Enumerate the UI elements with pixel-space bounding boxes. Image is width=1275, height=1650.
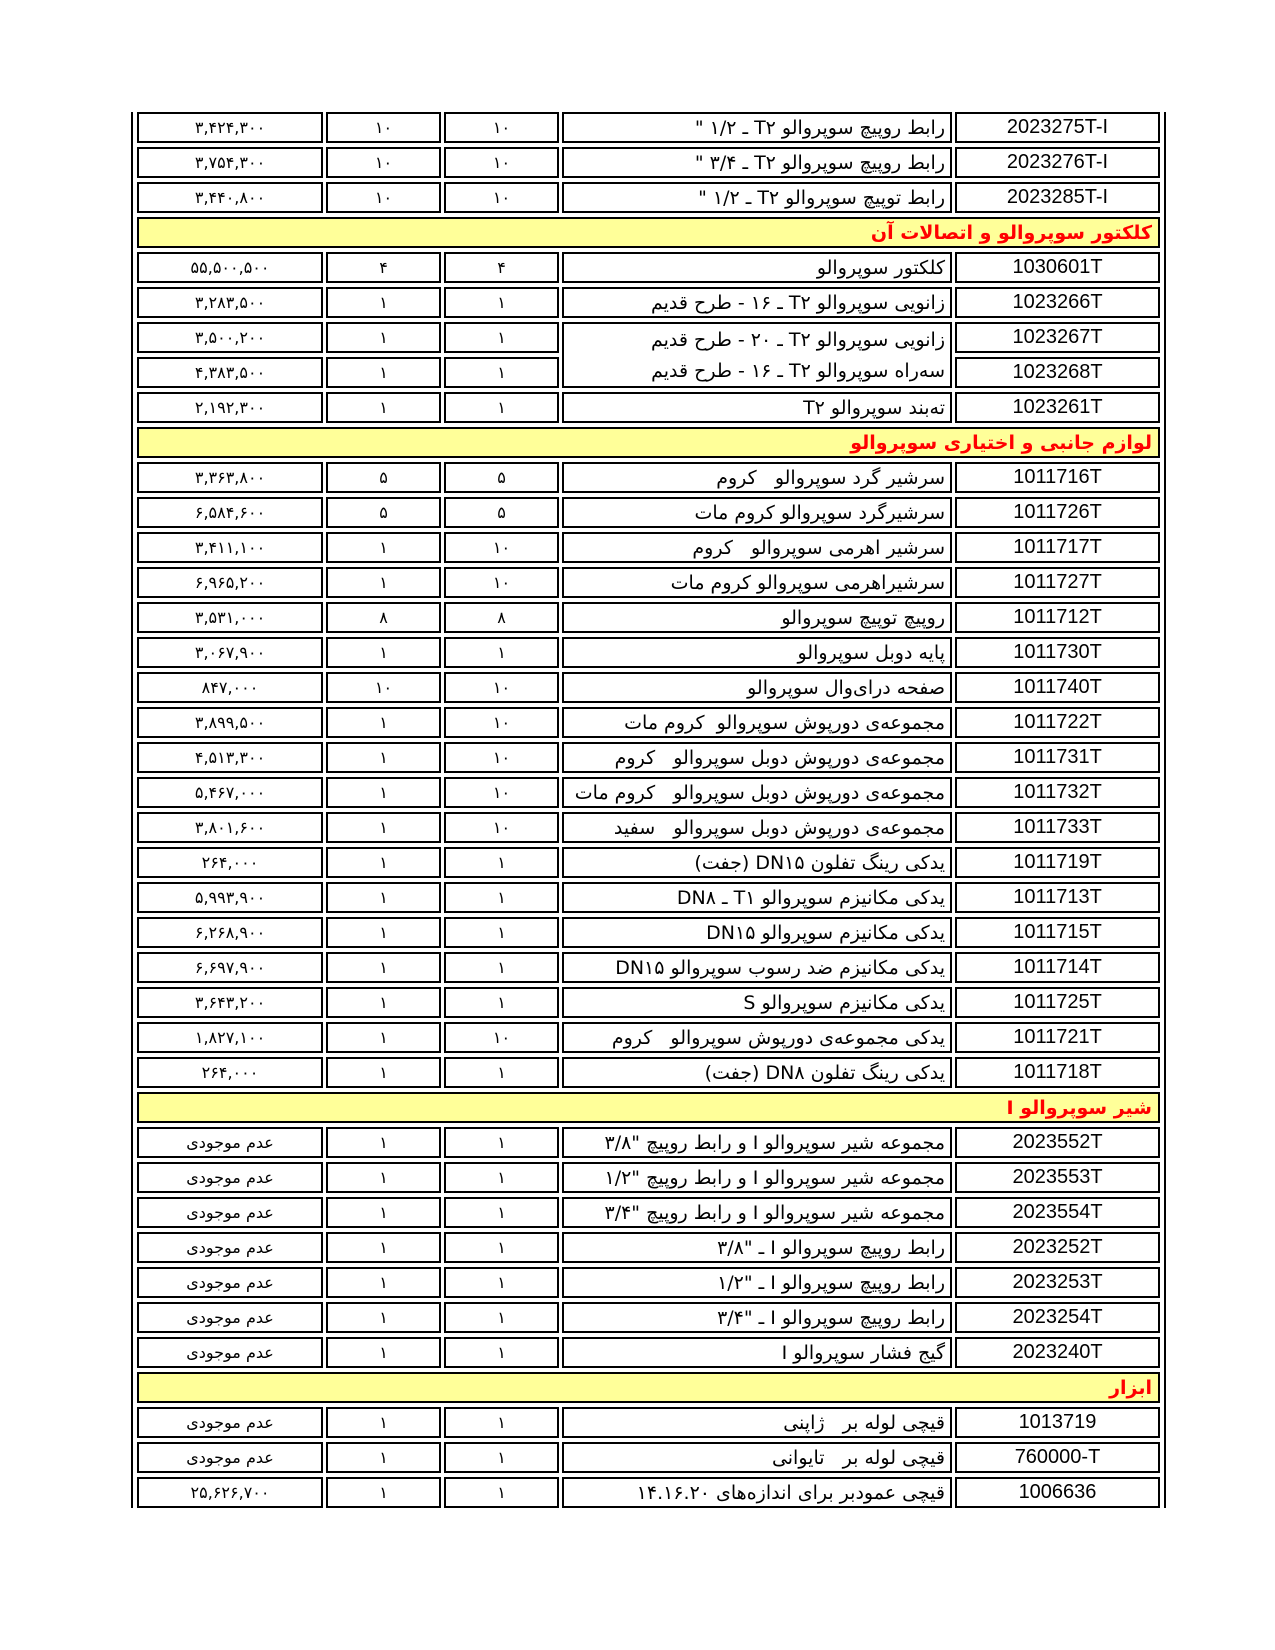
price-cell: ۵۵,۵۰۰,۵۰۰ [137, 252, 323, 283]
qty-inner-cell: ۱ [444, 847, 559, 878]
product-row: 2023276T-Iرابط روپیچ سوپروالو T۲ ـ ۳/۴ "… [137, 147, 1160, 178]
qty-inner-cell: ۱ [444, 357, 559, 388]
price-cell: عدم موجودی [137, 1197, 323, 1228]
description-cell: سرشیراهرمی سوپروالو کروم مات [562, 567, 952, 598]
description-cell: یدکی مکانیزم سوپروالو T۱ ـ DN۸ [562, 882, 952, 913]
description-cell: گیج فشار سوپروالو I [562, 1337, 952, 1368]
qty-inner-cell: ۱ [444, 1232, 559, 1263]
qty-outer-cell: ۱ [326, 637, 441, 668]
qty-outer-cell: ۱ [326, 1232, 441, 1263]
qty-outer-cell: ۸ [326, 602, 441, 633]
code-cell: 1011727T [955, 567, 1160, 598]
product-row: 1011718Tیدکی رینگ تفلون DN۸ (جفت)۱۱۲۶۴,۰… [137, 1057, 1160, 1088]
section-header-row: کلکتور سوپروالو و اتصالات آن [137, 217, 1160, 248]
price-cell: ۳,۳۶۳,۸۰۰ [137, 462, 323, 493]
qty-inner-cell: ۱ [444, 287, 559, 318]
qty-outer-cell: ۵ [326, 462, 441, 493]
code-cell: 1011715T [955, 917, 1160, 948]
description-cell: مجموعه شیر سوپروالو I و رابط روپیچ "۳/۸ [562, 1127, 952, 1158]
code-cell: 1011730T [955, 637, 1160, 668]
code-cell: 1011740T [955, 672, 1160, 703]
price-cell: ۸۴۷,۰۰۰ [137, 672, 323, 703]
code-cell: 1006636 [955, 1477, 1160, 1508]
description-cell-merged: زانویی سوپروالو T۲ ـ ۲۰ - طرح قدیمسه‌راه… [562, 322, 952, 388]
description-line: زانویی سوپروالو T۲ ـ ۲۰ - طرح قدیم [569, 329, 945, 351]
qty-inner-cell: ۱۰ [444, 567, 559, 598]
code-cell: 1023268T [955, 357, 1160, 388]
qty-outer-cell: ۱ [326, 742, 441, 773]
price-cell: ۳,۷۵۴,۳۰۰ [137, 147, 323, 178]
code-cell: 1011722T [955, 707, 1160, 738]
code-cell: 2023276T-I [955, 147, 1160, 178]
qty-inner-cell: ۱۰ [444, 1022, 559, 1053]
code-cell-stack: 1023267T1023268T [955, 322, 1160, 388]
description-cell: یدکی مکانیزم سوپروالو S [562, 987, 952, 1018]
price-cell: عدم موجودی [137, 1162, 323, 1193]
description-cell: صفحه درای‌وال سوپروالو [562, 672, 952, 703]
qty-outer-cell: ۱ [326, 707, 441, 738]
price-cell: ۲۶۴,۰۰۰ [137, 1057, 323, 1088]
qty-outer-cell: ۱ [326, 532, 441, 563]
qty-outer-cell: ۱ [326, 1162, 441, 1193]
qty-outer-cell: ۱ [326, 917, 441, 948]
qty-outer-cell: ۱ [326, 287, 441, 318]
code-cell: 2023552T [955, 1127, 1160, 1158]
description-cell: رابط روپیچ سوپروالو I ـ "۳/۴ [562, 1302, 952, 1333]
product-row: 1011727Tسرشیراهرمی سوپروالو کروم مات۱۰۱۶… [137, 567, 1160, 598]
product-row: 1011722Tمجموعه‌ی دورپوش سوپروالو کروم ما… [137, 707, 1160, 738]
description-cell: کلکتور سوپروالو [562, 252, 952, 283]
description-cell: رابط روپیچ سوپروالو I ـ "۱/۲ [562, 1267, 952, 1298]
qty-inner-cell: ۱ [444, 1302, 559, 1333]
code-cell: 1023266T [955, 287, 1160, 318]
qty-inner-cell: ۱ [444, 952, 559, 983]
qty-inner-cell: ۱ [444, 1057, 559, 1088]
price-cell: ۳,۰۶۷,۹۰۰ [137, 637, 323, 668]
code-cell: 2023554T [955, 1197, 1160, 1228]
price-cell: ۲۵,۶۲۶,۷۰۰ [137, 1477, 323, 1508]
price-cell: عدم موجودی [137, 1337, 323, 1368]
product-row: 1011716Tسرشیر گرد سوپروالو کروم۵۵۳,۳۶۳,۸… [137, 462, 1160, 493]
description-cell: روپیچ توپیچ سوپروالو [562, 602, 952, 633]
qty-inner-cell: ۱ [444, 917, 559, 948]
product-row: 1011717Tسرشیر اهرمی سوپروالو کروم۱۰۱۳,۴۱… [137, 532, 1160, 563]
section-header-row: لوازم جانبی و اختیاری سوپروالو [137, 427, 1160, 458]
qty-inner-cell: ۱ [444, 637, 559, 668]
price-cell: ۳,۲۸۳,۵۰۰ [137, 287, 323, 318]
price-cell: ۳,۴۲۴,۳۰۰ [137, 112, 323, 143]
qty-outer-cell: ۱۰ [326, 112, 441, 143]
price-cell: ۵,۹۹۳,۹۰۰ [137, 882, 323, 913]
qty-outer-cell: ۱ [326, 847, 441, 878]
description-cell: قیچی لوله بر ژاپنی [562, 1407, 952, 1438]
code-cell: 1011725T [955, 987, 1160, 1018]
qty-inner-cell: ۱۰ [444, 147, 559, 178]
description-cell: سرشیر گرد سوپروالو کروم [562, 462, 952, 493]
code-cell: 2023254T [955, 1302, 1160, 1333]
product-row: 1011731Tمجموعه‌ی دورپوش دوبل سوپروالو کر… [137, 742, 1160, 773]
product-row: 1011726Tسرشیرگرد سوپروالو کروم مات۵۵۶,۵۸… [137, 497, 1160, 528]
product-row: 2023252Tرابط روپیچ سوپروالو I ـ "۳/۸۱۱عد… [137, 1232, 1160, 1263]
qty-outer-cell: ۱ [326, 1127, 441, 1158]
product-row: 1011714Tیدکی مکانیزم ضد رسوب سوپروالو DN… [137, 952, 1160, 983]
product-row: 760000-Tقیچی لوله بر تایوانی۱۱عدم موجودی [137, 1442, 1160, 1473]
table-outer-right-border [1164, 112, 1166, 1508]
product-row: 1011733Tمجموعه‌ی دورپوش دوبل سوپروالو سف… [137, 812, 1160, 843]
qty-inner-cell: ۱ [444, 392, 559, 423]
price-cell: ۴,۳۸۳,۵۰۰ [137, 357, 323, 388]
qty-inner-cell: ۱ [444, 1197, 559, 1228]
code-cell: 2023285T-I [955, 182, 1160, 213]
qty-outer-cell: ۱ [326, 1477, 441, 1508]
product-row: 2023554Tمجموعه شیر سوپروالو I و رابط روپ… [137, 1197, 1160, 1228]
description-cell: مجموعه‌ی دورپوش سوپروالو کروم مات [562, 707, 952, 738]
qty-outer-cell: ۱ [326, 1057, 441, 1088]
qty-outer-cell: ۱ [326, 1407, 441, 1438]
qty-inner-cell: ۱ [444, 987, 559, 1018]
qty-outer-cell: ۱ [326, 1302, 441, 1333]
product-row: 2023275T-Iرابط روپیچ سوپروالو T۲ ـ ۱/۲ "… [137, 112, 1160, 143]
price-cell-stack: ۳,۵۰۰,۲۰۰۴,۳۸۳,۵۰۰ [137, 322, 323, 388]
description-cell: رابط روپیچ سوپروالو T۲ ـ ۱/۲ " [562, 112, 952, 143]
description-cell: مجموعه‌ی دورپوش دوبل سوپروالو کروم مات [562, 777, 952, 808]
description-line: سه‌راه سوپروالو T۲ ـ ۱۶ - طرح قدیم [569, 360, 945, 382]
code-cell: 760000-T [955, 1442, 1160, 1473]
product-row: 2023552Tمجموعه شیر سوپروالو I و رابط روپ… [137, 1127, 1160, 1158]
qty-outer-cell-stack: ۱۱ [326, 322, 441, 388]
description-cell: یدکی رینگ تفلون DN۸ (جفت) [562, 1057, 952, 1088]
code-cell: 1023261T [955, 392, 1160, 423]
product-row: 1011732Tمجموعه‌ی دورپوش دوبل سوپروالو کر… [137, 777, 1160, 808]
description-cell: قیچی لوله بر تایوانی [562, 1442, 952, 1473]
qty-outer-cell: ۱ [326, 1337, 441, 1368]
price-cell: ۶,۲۶۸,۹۰۰ [137, 917, 323, 948]
description-cell: ته‌بند سوپروالو T۲ [562, 392, 952, 423]
description-cell: یدکی مکانیزم ضد رسوب سوپروالو DN۱۵ [562, 952, 952, 983]
code-cell: 1011718T [955, 1057, 1160, 1088]
product-row: 1011719Tیدکی رینگ تفلون DN۱۵ (جفت)۱۱۲۶۴,… [137, 847, 1160, 878]
product-row: 1011730Tپایه دوبل سوپروالو۱۱۳,۰۶۷,۹۰۰ [137, 637, 1160, 668]
price-cell: ۳,۴۴۰,۸۰۰ [137, 182, 323, 213]
price-cell: ۳,۴۱۱,۱۰۰ [137, 532, 323, 563]
qty-outer-cell: ۱ [326, 987, 441, 1018]
product-row: 2023553Tمجموعه شیر سوپروالو I و رابط روپ… [137, 1162, 1160, 1193]
qty-outer-cell: ۴ [326, 252, 441, 283]
qty-inner-cell: ۱ [444, 322, 559, 353]
price-cell: عدم موجودی [137, 1302, 323, 1333]
qty-inner-cell: ۱ [444, 1267, 559, 1298]
code-cell: 1013719 [955, 1407, 1160, 1438]
merged-row-pair: 1023267T1023268Tزانویی سوپروالو T۲ ـ ۲۰ … [137, 322, 1160, 388]
price-cell: عدم موجودی [137, 1442, 323, 1473]
product-row: 1011715Tیدکی مکانیزم سوپروالو DN۱۵۱۱۶,۲۶… [137, 917, 1160, 948]
qty-inner-cell: ۵ [444, 462, 559, 493]
description-cell: یدکی مکانیزم سوپروالو DN۱۵ [562, 917, 952, 948]
qty-inner-cell: ۱ [444, 882, 559, 913]
description-cell: مجموعه شیر سوپروالو I و رابط روپیچ "۱/۲ [562, 1162, 952, 1193]
description-cell: رابط روپیچ سوپروالو T۲ ـ ۳/۴ " [562, 147, 952, 178]
qty-inner-cell: ۱۰ [444, 112, 559, 143]
qty-outer-cell: ۱ [326, 952, 441, 983]
code-cell: 2023553T [955, 1162, 1160, 1193]
price-cell: ۳,۵۰۰,۲۰۰ [137, 322, 323, 353]
qty-inner-cell: ۱۰ [444, 742, 559, 773]
code-cell: 1011731T [955, 742, 1160, 773]
price-cell: عدم موجودی [137, 1267, 323, 1298]
qty-outer-cell: ۱ [326, 392, 441, 423]
code-cell: 1023267T [955, 322, 1160, 353]
price-cell: ۳,۶۴۳,۲۰۰ [137, 987, 323, 1018]
price-cell: ۵,۴۶۷,۰۰۰ [137, 777, 323, 808]
qty-outer-cell: ۱ [326, 1022, 441, 1053]
qty-inner-cell: ۴ [444, 252, 559, 283]
qty-outer-cell: ۱ [326, 812, 441, 843]
product-row: 1011725Tیدکی مکانیزم سوپروالو S۱۱۳,۶۴۳,۲… [137, 987, 1160, 1018]
code-cell: 1030601T [955, 252, 1160, 283]
table-rows: 2023275T-Iرابط روپیچ سوپروالو T۲ ـ ۱/۲ "… [137, 112, 1160, 1512]
product-row: 1011740Tصفحه درای‌وال سوپروالو۱۰۱۰۸۴۷,۰۰… [137, 672, 1160, 703]
qty-inner-cell: ۱ [444, 1337, 559, 1368]
code-cell: 1011714T [955, 952, 1160, 983]
qty-outer-cell: ۱ [326, 777, 441, 808]
price-cell: ۲۶۴,۰۰۰ [137, 847, 323, 878]
qty-outer-cell: ۱۰ [326, 672, 441, 703]
qty-inner-cell: ۱۰ [444, 812, 559, 843]
qty-outer-cell: ۱ [326, 567, 441, 598]
product-row: 1030601Tکلکتور سوپروالو۴۴۵۵,۵۰۰,۵۰۰ [137, 252, 1160, 283]
description-cell: مجموعه شیر سوپروالو I و رابط روپیچ "۳/۴ [562, 1197, 952, 1228]
price-cell: ۳,۵۳۱,۰۰۰ [137, 602, 323, 633]
qty-outer-cell: ۱ [326, 322, 441, 353]
price-cell: ۶,۹۶۵,۲۰۰ [137, 567, 323, 598]
qty-inner-cell: ۱۰ [444, 182, 559, 213]
qty-outer-cell: ۱ [326, 1442, 441, 1473]
qty-outer-cell: ۱۰ [326, 182, 441, 213]
code-cell: 1011726T [955, 497, 1160, 528]
price-cell: ۲,۱۹۲,۳۰۰ [137, 392, 323, 423]
product-row: 1023261Tته‌بند سوپروالو T۲۱۱۲,۱۹۲,۳۰۰ [137, 392, 1160, 423]
description-cell: قیچی عمودبر برای اندازه‌های ۱۴.۱۶.۲۰ [562, 1477, 952, 1508]
price-cell: ۶,۵۸۴,۶۰۰ [137, 497, 323, 528]
qty-outer-cell: ۱ [326, 357, 441, 388]
section-header-row: شیر سوپروالو I [137, 1092, 1160, 1123]
price-cell: ۱,۸۲۷,۱۰۰ [137, 1022, 323, 1053]
price-cell: عدم موجودی [137, 1232, 323, 1263]
qty-inner-cell: ۱ [444, 1127, 559, 1158]
code-cell: 1011719T [955, 847, 1160, 878]
product-row: 1023266Tزانویی سوپروالو T۲ ـ ۱۶ - طرح قد… [137, 287, 1160, 318]
qty-outer-cell: ۱۰ [326, 147, 441, 178]
qty-outer-cell: ۵ [326, 497, 441, 528]
price-cell: عدم موجودی [137, 1127, 323, 1158]
qty-inner-cell: ۱۰ [444, 672, 559, 703]
code-cell: 2023252T [955, 1232, 1160, 1263]
qty-outer-cell: ۱ [326, 1197, 441, 1228]
table-outer-left-border [131, 112, 133, 1508]
code-cell: 1011717T [955, 532, 1160, 563]
product-row: 1011712Tروپیچ توپیچ سوپروالو۸۸۳,۵۳۱,۰۰۰ [137, 602, 1160, 633]
price-cell: ۳,۸۹۹,۵۰۰ [137, 707, 323, 738]
qty-inner-cell: ۱ [444, 1162, 559, 1193]
description-cell: سرشیرگرد سوپروالو کروم مات [562, 497, 952, 528]
price-cell: ۶,۶۹۷,۹۰۰ [137, 952, 323, 983]
code-cell: 1011716T [955, 462, 1160, 493]
qty-outer-cell: ۱ [326, 882, 441, 913]
qty-inner-cell: ۱ [444, 1407, 559, 1438]
description-cell: زانویی سوپروالو T۲ ـ ۱۶ - طرح قدیم [562, 287, 952, 318]
code-cell: 1011713T [955, 882, 1160, 913]
description-cell: یدکی مجموعه‌ی دورپوش سوپروالو کروم [562, 1022, 952, 1053]
description-cell: رابط توپیچ سوپروالو T۲ ـ ۱/۲ " [562, 182, 952, 213]
qty-inner-cell: ۱۰ [444, 532, 559, 563]
qty-inner-cell: ۱۰ [444, 707, 559, 738]
qty-inner-cell-stack: ۱۱ [444, 322, 559, 388]
price-cell: عدم موجودی [137, 1407, 323, 1438]
qty-inner-cell: ۱۰ [444, 777, 559, 808]
price-cell: ۳,۸۰۱,۶۰۰ [137, 812, 323, 843]
code-cell: 1011712T [955, 602, 1160, 633]
product-row: 1006636قیچی عمودبر برای اندازه‌های ۱۴.۱۶… [137, 1477, 1160, 1508]
description-cell: سرشیر اهرمی سوپروالو کروم [562, 532, 952, 563]
product-row: 2023253Tرابط روپیچ سوپروالو I ـ "۱/۲۱۱عد… [137, 1267, 1160, 1298]
product-row: 1011713Tیدکی مکانیزم سوپروالو T۱ ـ DN۸۱۱… [137, 882, 1160, 913]
section-header-row: ابزار [137, 1372, 1160, 1403]
description-cell: رابط روپیچ سوپروالو I ـ "۳/۸ [562, 1232, 952, 1263]
code-cell: 2023240T [955, 1337, 1160, 1368]
qty-outer-cell: ۱ [326, 1267, 441, 1298]
product-row: 1011721Tیدکی مجموعه‌ی دورپوش سوپروالو کر… [137, 1022, 1160, 1053]
qty-inner-cell: ۵ [444, 497, 559, 528]
product-row: 2023254Tرابط روپیچ سوپروالو I ـ "۳/۴۱۱عد… [137, 1302, 1160, 1333]
qty-inner-cell: ۱ [444, 1477, 559, 1508]
description-cell: مجموعه‌ی دورپوش دوبل سوپروالو کروم [562, 742, 952, 773]
price-cell: ۴,۵۱۳,۳۰۰ [137, 742, 323, 773]
code-cell: 2023253T [955, 1267, 1160, 1298]
description-cell: یدکی رینگ تفلون DN۱۵ (جفت) [562, 847, 952, 878]
product-row: 1013719قیچی لوله بر ژاپنی۱۱عدم موجودی [137, 1407, 1160, 1438]
product-row: 2023285T-Iرابط توپیچ سوپروالو T۲ ـ ۱/۲ "… [137, 182, 1160, 213]
code-cell: 2023275T-I [955, 112, 1160, 143]
product-row: 2023240Tگیج فشار سوپروالو I۱۱عدم موجودی [137, 1337, 1160, 1368]
description-cell: مجموعه‌ی دورپوش دوبل سوپروالو سفید [562, 812, 952, 843]
code-cell: 1011733T [955, 812, 1160, 843]
qty-inner-cell: ۱ [444, 1442, 559, 1473]
price-list-page: 2023275T-Iرابط روپیچ سوپروالو T۲ ـ ۱/۲ "… [0, 0, 1275, 1650]
code-cell: 1011721T [955, 1022, 1160, 1053]
description-cell: پایه دوبل سوپروالو [562, 637, 952, 668]
code-cell: 1011732T [955, 777, 1160, 808]
qty-inner-cell: ۸ [444, 602, 559, 633]
